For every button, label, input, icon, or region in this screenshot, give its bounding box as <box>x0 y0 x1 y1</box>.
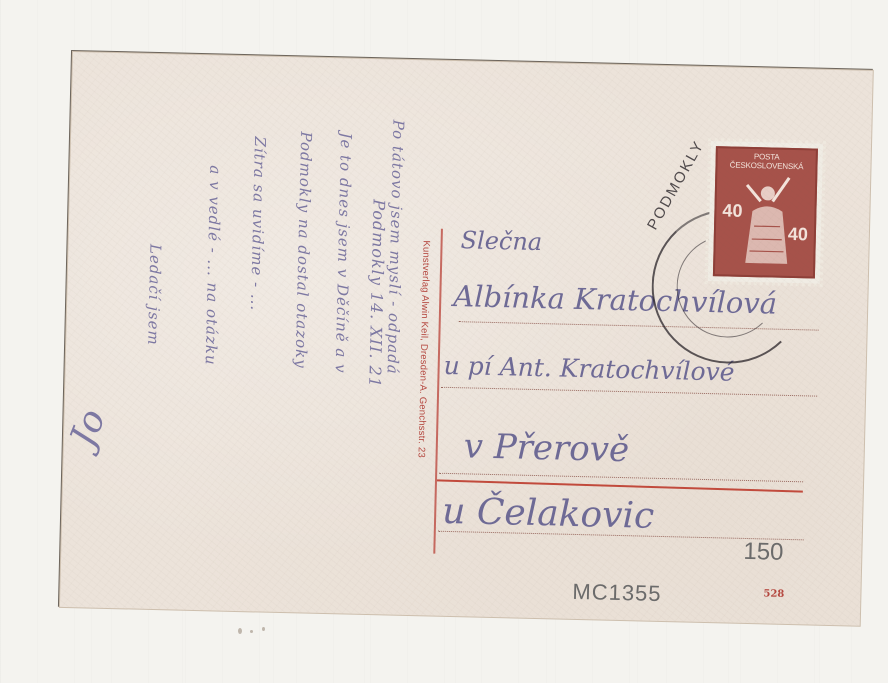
address-care-of: u pí Ant. Kratochvílové <box>443 351 735 387</box>
scan-speck <box>250 630 253 633</box>
publisher-imprint: Kunstverlag Alwin Keil, Dresden-A. Gench… <box>416 240 432 458</box>
scan-speck <box>262 627 265 631</box>
address-salutation: Slečna <box>460 226 542 256</box>
card-number: 528 <box>763 588 784 599</box>
pencil-catalog-code: MC1355 <box>572 579 662 607</box>
postage-stamp: POSTA ČESKOSLOVENSKÁ 40 40 <box>708 141 823 284</box>
scan-speck <box>238 628 242 634</box>
postcard: Kunstverlag Alwin Keil, Dresden-A. Gench… <box>60 52 873 626</box>
message-line: Po tátovo jsem myslí - odpadá <box>383 119 407 374</box>
stamp-country: POSTA ČESKOSLOVENSKÁ <box>717 151 815 171</box>
address-city: v Přerově <box>463 426 629 470</box>
address-district: u Čelakovic <box>442 491 655 537</box>
pencil-price: 150 <box>743 538 784 567</box>
message-line: Je to dnes jsem v Děčíně a v <box>332 132 356 374</box>
stamp-value-left: 40 <box>722 200 743 221</box>
message-line: Ledačí jsem <box>144 244 164 346</box>
message-line: Zítra sa uvidíme - ... <box>247 136 269 311</box>
address-red-rule <box>437 479 803 492</box>
address-line-2 <box>441 387 817 397</box>
stamp-figure-icon <box>741 171 793 272</box>
message-line: Podmokly na dostal otazoky <box>292 131 316 369</box>
signature: Jo <box>63 404 114 453</box>
stamp-value-right: 40 <box>788 224 809 245</box>
message-line: a v vedlé - ... na otázku <box>202 165 225 366</box>
